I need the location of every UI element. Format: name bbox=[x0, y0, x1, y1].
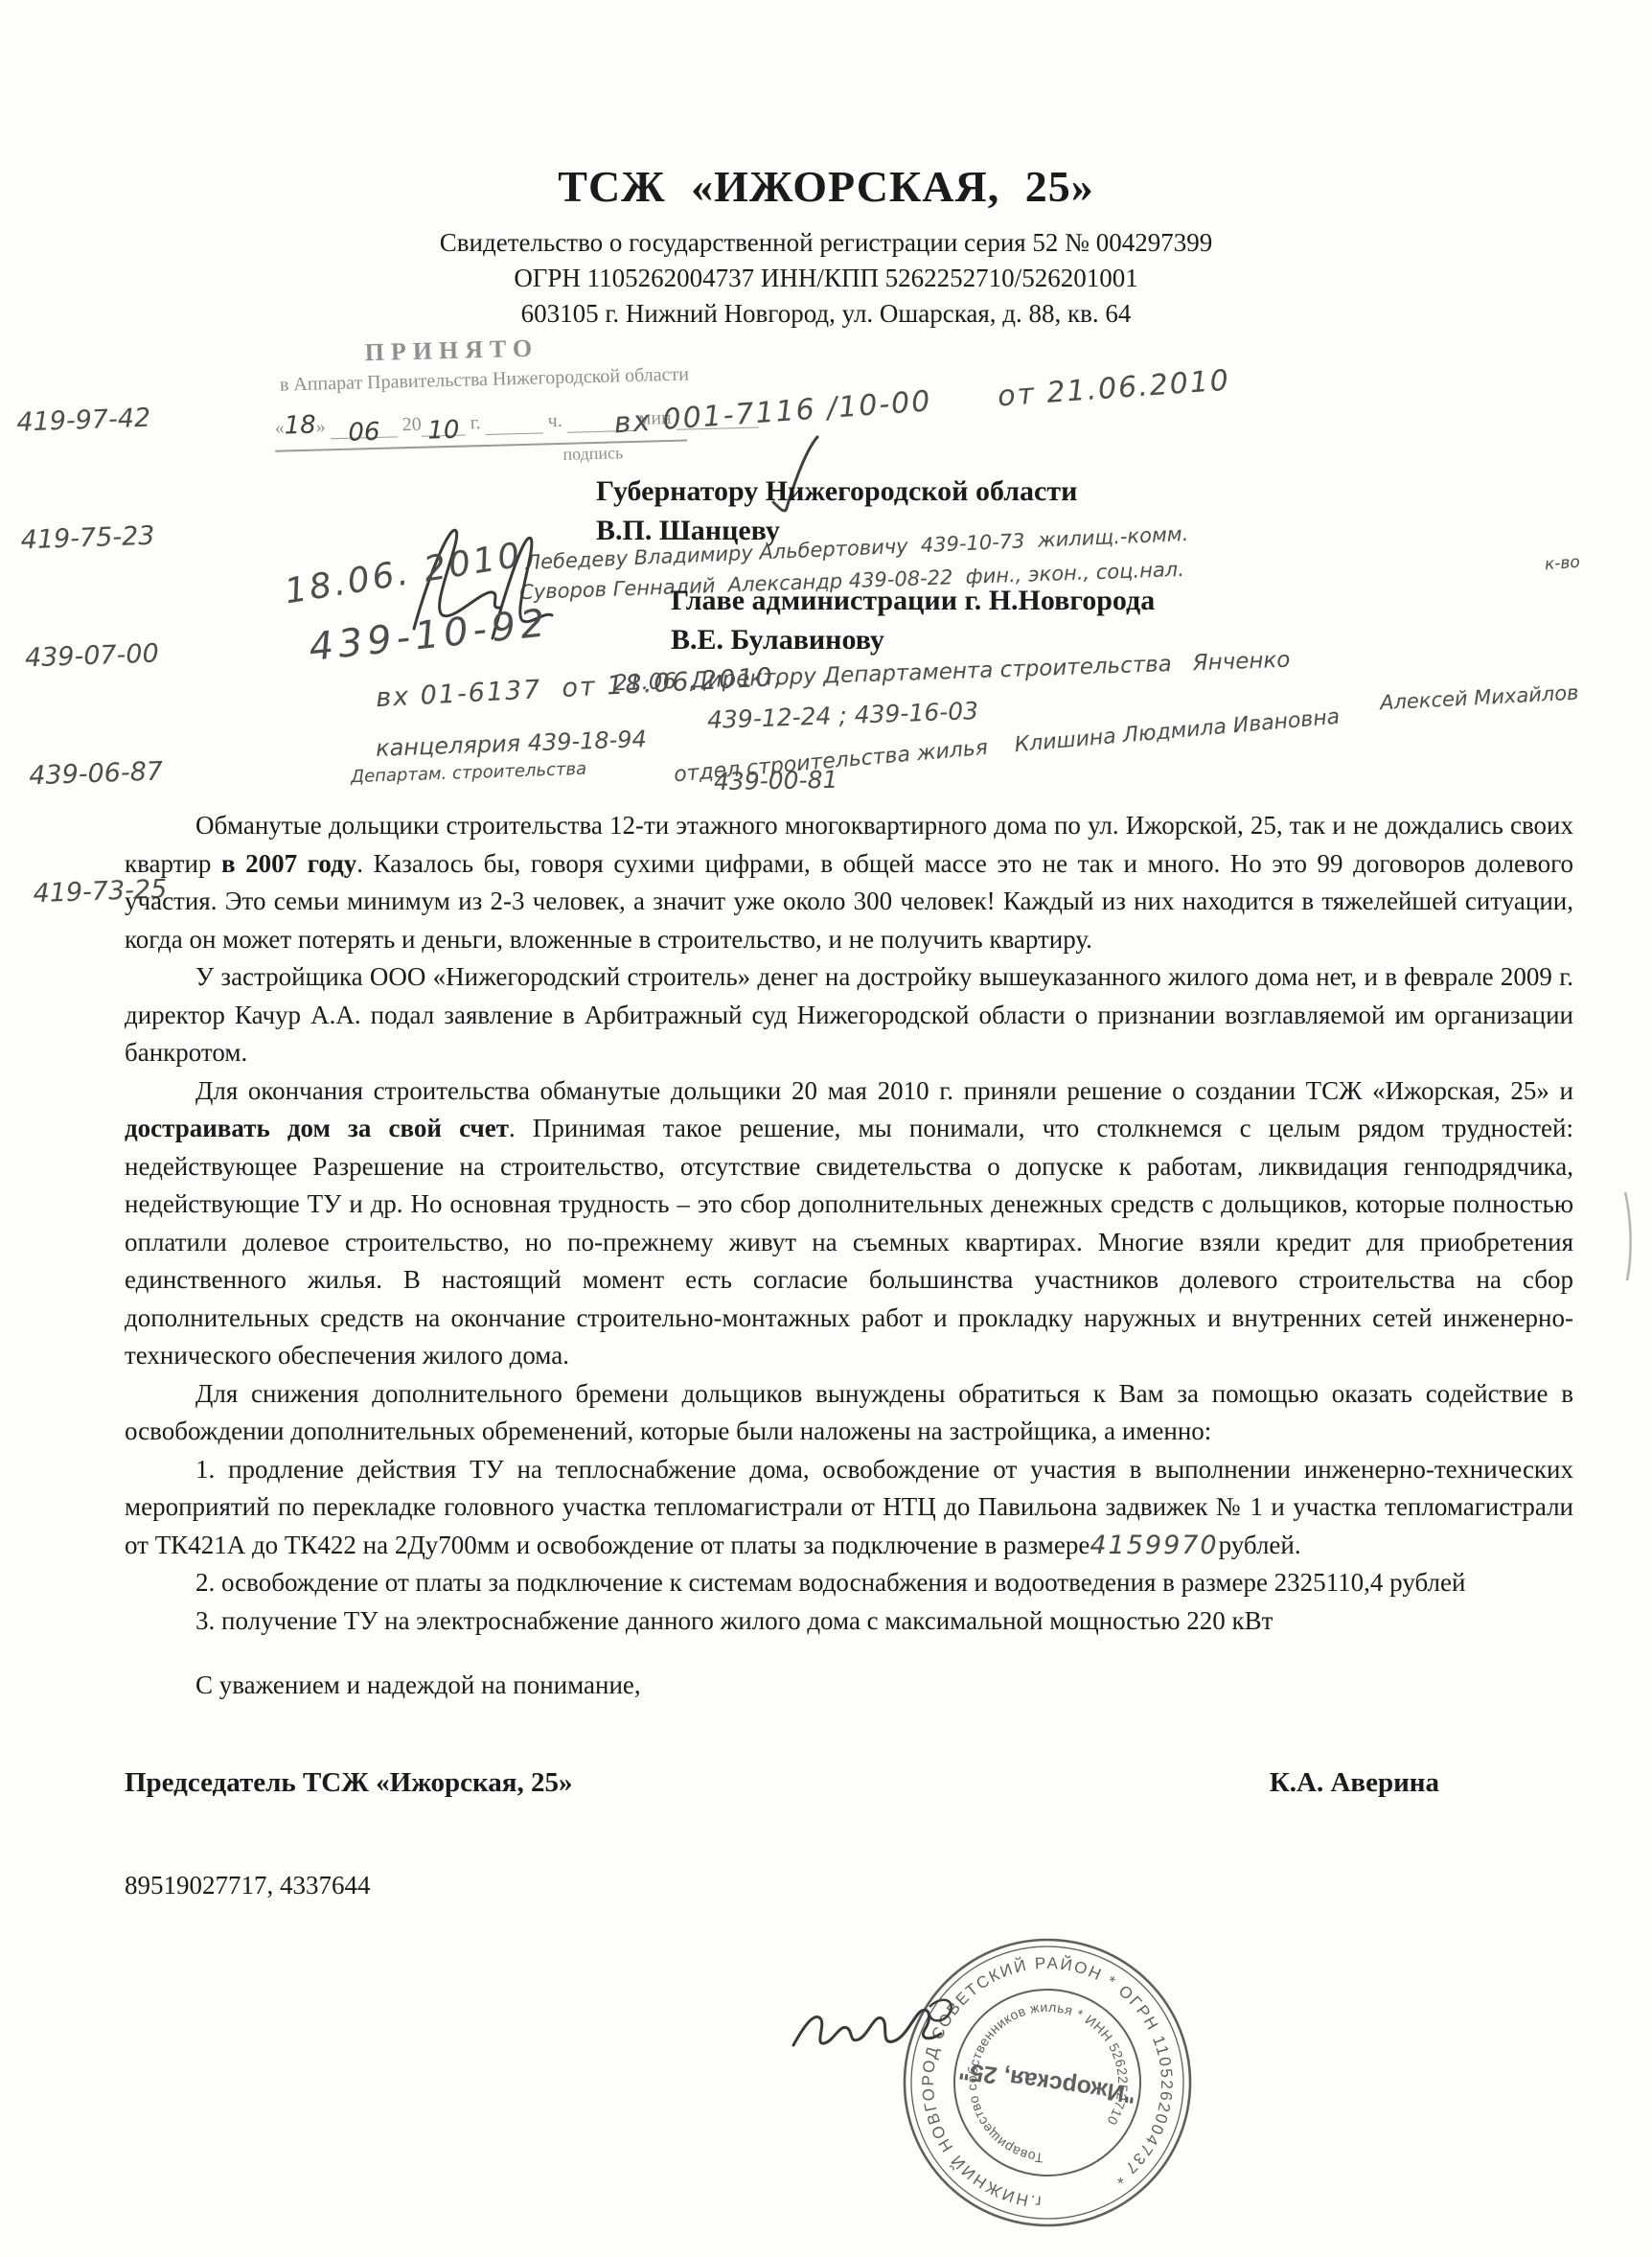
list-item-2: 2. освобождение от платы за подключение … bbox=[125, 1564, 1573, 1602]
stamp-year-handwritten: 10 bbox=[427, 416, 460, 446]
margin-phone: 419-75-23 bbox=[20, 517, 155, 561]
organization-seal: г.НИЖНИЙ НОВГОРОД СОВЕТСКИЙ РАЙОН * ОГРН… bbox=[899, 1934, 1196, 2231]
paragraph-2: У застройщика ООО «Нижегородский строите… bbox=[125, 958, 1573, 1072]
paragraph-4: Для снижения дополнительного бремени дол… bbox=[125, 1375, 1573, 1451]
closing-regards: С уважением и надеждой на понимание, bbox=[125, 1667, 1573, 1705]
paragraph-1: Обманутые дольщики строительства 12-ти э… bbox=[125, 807, 1573, 958]
chairman-position: Председатель ТСЖ «Ижорская, 25» bbox=[125, 1764, 572, 1803]
quote-close: » bbox=[315, 416, 326, 437]
list-item-3: 3. получение ТУ на электроснабжение данн… bbox=[125, 1602, 1573, 1641]
incoming-number-gov-note: вх 001-7116 /10-00 от 21.06.2010 bbox=[613, 364, 1231, 441]
ogrn-inn-line: ОГРН 1105262004737 ИНН/КПП 5262252710/52… bbox=[0, 261, 1652, 296]
address-line: 603105 г. Нижний Новгород, ул. Ошарская,… bbox=[0, 296, 1652, 332]
department-note: Департам. строительства bbox=[351, 759, 587, 788]
signature-label: подпись bbox=[562, 441, 698, 465]
paragraph-3-text: . Принимая такое решение, мы понимали, ч… bbox=[125, 1114, 1573, 1370]
list-item-1-text: рублей. bbox=[1219, 1531, 1301, 1559]
margin-phone: 439-06-87 bbox=[29, 751, 164, 795]
registration-line: Свидетельство о государственной регистра… bbox=[0, 225, 1652, 261]
year-prefix: 20 bbox=[402, 414, 422, 436]
resolution-director-phones: 439-12-24 ; 439-16-03 bbox=[707, 697, 979, 734]
list-item-1: 1. продление действия ТУ на теплоснабжен… bbox=[125, 1451, 1573, 1565]
stamp-day-handwritten: 18 bbox=[284, 411, 316, 441]
received-stamp-title: ПРИНЯТО bbox=[364, 330, 695, 367]
letterhead: ТСЖ «ИЖОРСКАЯ, 25» Свидетельство о госуд… bbox=[0, 161, 1652, 332]
chairman-name: К.А. Аверина bbox=[1270, 1764, 1439, 1803]
resolution-note-1-superscript: к-во bbox=[1544, 553, 1580, 575]
received-stamp: ПРИНЯТО в Аппарат Правительства Нижегоро… bbox=[272, 330, 697, 472]
resolution-director-name: Алексей Михайлов bbox=[1380, 681, 1580, 715]
resolution-director-date: 21.06 bbox=[613, 669, 677, 696]
stamp-month-handwritten: 06 bbox=[348, 418, 380, 448]
margin-phone: 419-97-42 bbox=[16, 399, 151, 443]
handwritten-amount: 4159970 bbox=[1090, 1531, 1218, 1560]
scanned-letter-page: ТСЖ «ИЖОРСКАЯ, 25» Свидетельство о госуд… bbox=[0, 0, 1652, 2257]
contact-phones: 89519027717, 4337644 bbox=[125, 1867, 1573, 1905]
paragraph-3-bold: достраивать дом за свой счет bbox=[125, 1114, 509, 1142]
right-margin-pen-mark bbox=[1616, 1188, 1644, 1284]
hours-label: ч. bbox=[547, 410, 562, 431]
seal-center-text: "Ижорская, 25" bbox=[957, 2057, 1137, 2108]
year-suffix: г. bbox=[470, 412, 481, 433]
quote-open: « bbox=[274, 417, 285, 438]
received-stamp-org: в Аппарат Правительства Нижегородской об… bbox=[273, 362, 695, 397]
paragraph-3-text: Для окончания строительства обманутые до… bbox=[195, 1076, 1573, 1105]
addressee-mayor-title: Главе администрации г. Н.Новгорода bbox=[671, 581, 1155, 620]
list-item-1-text: 1. продление действия ТУ на теплоснабжен… bbox=[125, 1455, 1573, 1559]
letter-body: Обманутые дольщики строительства 12-ти э… bbox=[125, 807, 1573, 1905]
addressee-mayor-name: В.Е. Булавинову bbox=[671, 620, 1155, 659]
organization-title: ТСЖ «ИЖОРСКАЯ, 25» bbox=[0, 161, 1652, 212]
paragraph-3: Для окончания строительства обманутые до… bbox=[125, 1072, 1573, 1375]
chancellery-note: канцелярия 439-18-94 bbox=[376, 725, 648, 762]
paragraph-1-bold: в 2007 году bbox=[221, 849, 356, 878]
addressee-governor-title: Губернатору Нижегородской области bbox=[596, 472, 1077, 511]
addressee-mayor: Главе администрации г. Н.Новгорода В.Е. … bbox=[671, 581, 1155, 659]
resolution-housing-dept-phone: 439-00-81 bbox=[714, 766, 838, 795]
margin-phone: 439-07-00 bbox=[24, 634, 159, 679]
signature-row: Председатель ТСЖ «Ижорская, 25» К.А. Аве… bbox=[125, 1764, 1573, 1803]
